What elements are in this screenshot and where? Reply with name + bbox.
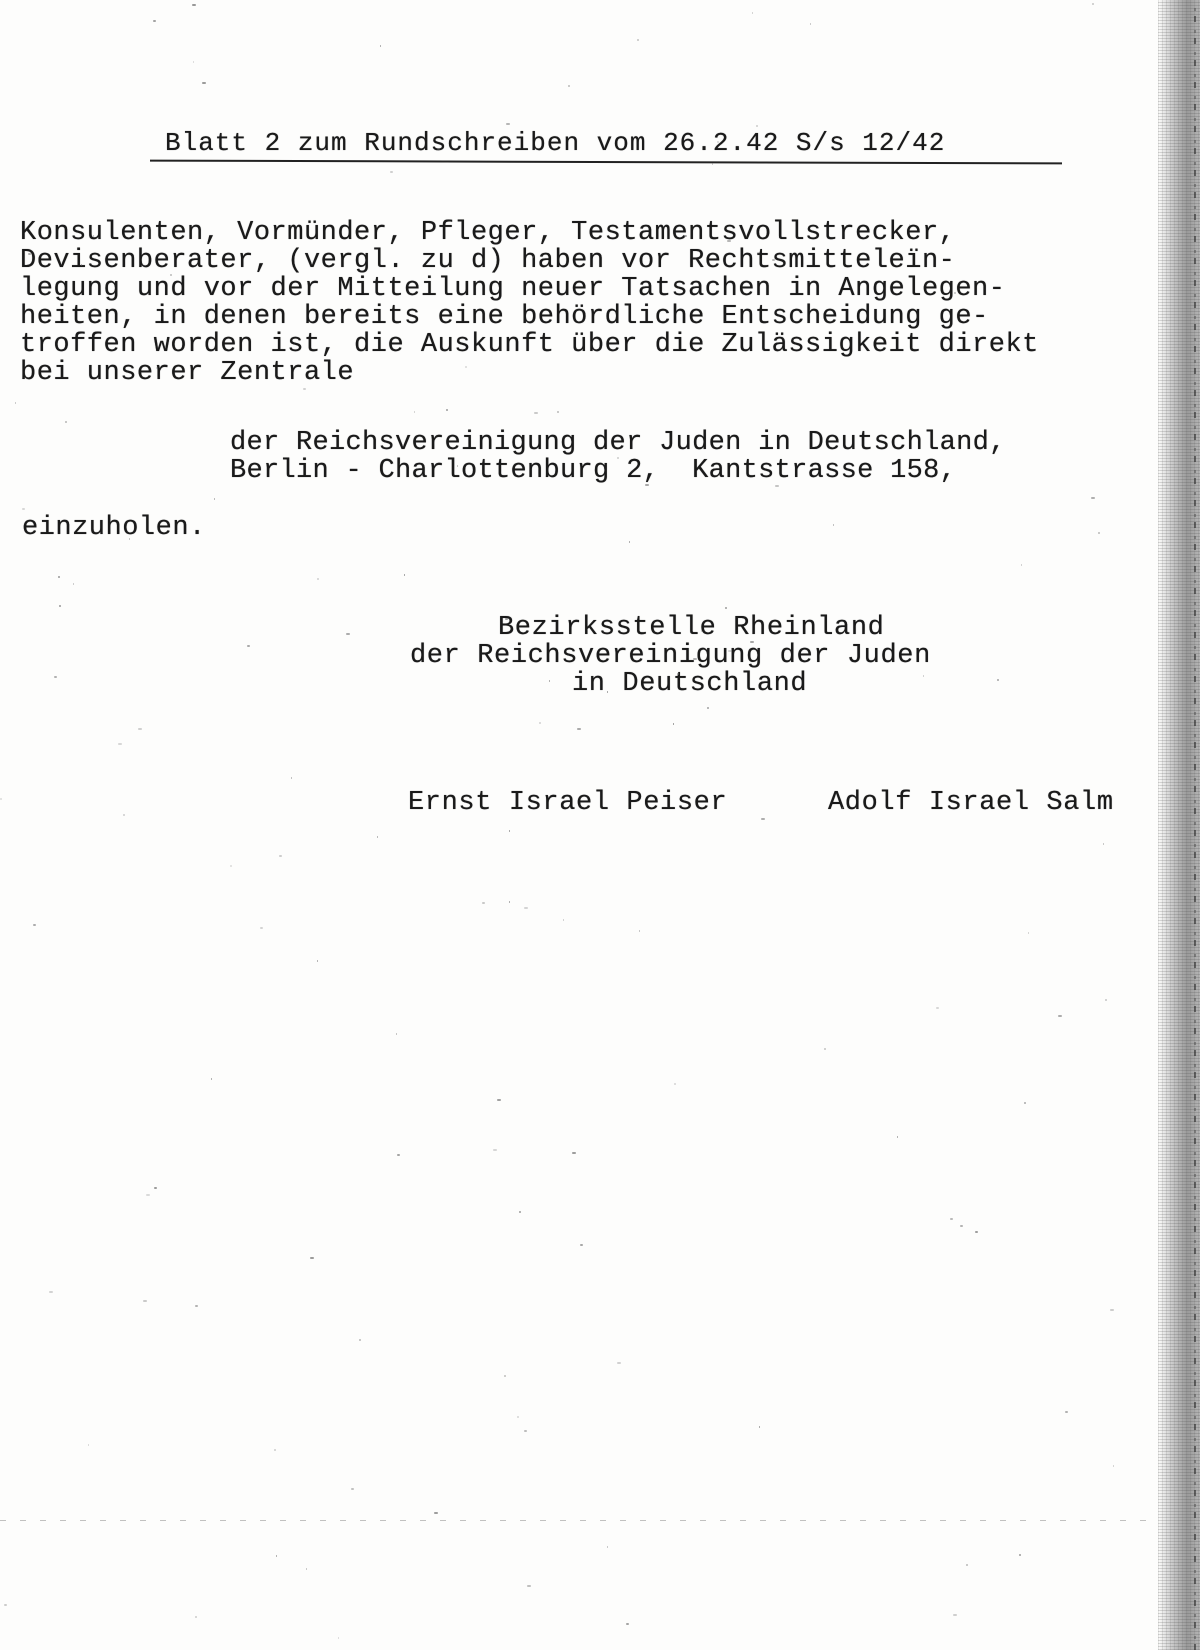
body-line: heiten, in denen bereits eine behördlich… <box>20 304 989 331</box>
body-line: legung und vor der Mitteilung neuer Tats… <box>20 276 1005 303</box>
speck <box>954 292 956 294</box>
speck <box>195 1616 197 1618</box>
speck <box>577 728 581 730</box>
speck <box>677 673 679 675</box>
speck <box>572 1152 576 1154</box>
speck <box>202 82 206 84</box>
speck <box>504 1375 506 1377</box>
speck <box>192 4 196 6</box>
signatory-name: Ernst Israel Peiser <box>408 790 727 817</box>
speck <box>580 1244 583 1246</box>
speck <box>465 366 467 368</box>
office-line: in Deutschland <box>572 671 807 698</box>
body-line: bei unserer Zentrale <box>20 360 354 387</box>
speck <box>493 1149 497 1151</box>
scan-fold-line <box>0 1520 1160 1521</box>
speck <box>727 240 731 242</box>
speck <box>22 508 25 510</box>
speck <box>306 1568 307 1570</box>
speck <box>1098 532 1100 534</box>
body-line: Devisenberater, (vergl. zu d) haben vor … <box>20 248 955 275</box>
speck <box>1065 1411 1068 1413</box>
speck <box>693 658 697 660</box>
speck <box>517 1416 519 1418</box>
speck <box>138 728 142 730</box>
speck <box>291 777 292 779</box>
speck <box>49 1291 53 1293</box>
office-line: der Reichsvereinigung der Juden <box>410 643 931 670</box>
speck <box>637 39 639 41</box>
speck <box>639 930 640 932</box>
speck <box>607 691 608 693</box>
speck <box>154 1187 157 1189</box>
speck <box>810 23 811 25</box>
speck <box>936 1007 939 1009</box>
speck <box>33 924 36 926</box>
speck <box>568 85 570 87</box>
speck <box>750 641 754 643</box>
body-line: Konsulenten, Vormünder, Pfleger, Testame… <box>20 220 955 247</box>
speck <box>118 743 122 745</box>
speck <box>397 1154 400 1156</box>
speck <box>728 650 732 652</box>
speck <box>673 723 674 725</box>
speck <box>824 1048 826 1050</box>
speck <box>1103 843 1104 845</box>
speck <box>279 855 282 857</box>
speck <box>509 830 510 832</box>
speck <box>953 1614 957 1616</box>
speck <box>772 259 775 261</box>
speck <box>707 707 709 709</box>
speck <box>170 274 172 276</box>
closing-word: einzuholen. <box>22 515 206 542</box>
speck <box>377 836 378 838</box>
speck <box>404 574 405 576</box>
speck <box>54 676 57 678</box>
speck <box>775 485 779 487</box>
speck <box>457 465 458 467</box>
speck <box>58 576 60 578</box>
speck <box>0 798 2 800</box>
speck <box>629 541 630 543</box>
speck <box>317 960 318 962</box>
speck <box>842 807 843 809</box>
speck <box>434 1512 438 1514</box>
speck <box>505 618 508 620</box>
speck <box>88 1444 89 1446</box>
speck <box>759 1426 760 1428</box>
speck <box>211 1078 212 1080</box>
speck <box>975 1231 978 1233</box>
speck <box>960 1225 963 1227</box>
speck <box>195 1305 198 1307</box>
speck <box>156 367 158 369</box>
speck <box>15 402 16 404</box>
speck <box>1028 932 1029 934</box>
speck <box>73 583 74 585</box>
speck <box>1110 1309 1114 1311</box>
speck <box>509 901 510 903</box>
speck <box>338 1637 339 1639</box>
speck <box>28 253 31 255</box>
speck <box>563 919 564 921</box>
speck <box>897 1136 898 1138</box>
speck <box>81 264 82 266</box>
speck <box>534 412 538 414</box>
speck <box>346 633 350 635</box>
speck <box>1019 1554 1021 1556</box>
address-line: Berlin - Charlottenburg 2, Kantstrasse 1… <box>230 458 956 485</box>
speck <box>414 411 415 413</box>
speck <box>833 524 834 526</box>
speck <box>524 907 528 909</box>
speck <box>549 680 550 682</box>
speck <box>93 235 94 237</box>
speck <box>1058 1015 1062 1017</box>
office-line: Bezirksstelle Rheinland <box>498 615 884 642</box>
address-line: der Reichsvereinigung der Juden in Deuts… <box>230 430 1006 457</box>
speck <box>274 1449 276 1451</box>
speck <box>380 45 381 47</box>
speck <box>1113 1465 1114 1467</box>
scanned-document-page: Blatt 2 zum Rundschreiben vom 26.2.42 S/… <box>0 0 1200 1650</box>
speck <box>1092 3 1094 5</box>
speck <box>129 538 130 540</box>
speck <box>617 457 619 459</box>
speck <box>626 1623 629 1625</box>
speck <box>214 498 215 500</box>
speck <box>59 605 61 607</box>
speck <box>997 679 999 681</box>
speck <box>909 224 910 226</box>
speck <box>532 256 534 258</box>
speck <box>123 814 125 816</box>
speck <box>712 163 713 165</box>
speck <box>497 1099 501 1101</box>
speck <box>701 630 702 632</box>
speck <box>230 865 232 867</box>
speck <box>923 675 924 677</box>
speck <box>674 1083 676 1085</box>
speck <box>4 1604 7 1606</box>
speck <box>756 125 758 127</box>
speck <box>506 123 510 125</box>
speck <box>1021 564 1022 566</box>
speck <box>143 1300 147 1302</box>
speck <box>482 902 485 904</box>
speck <box>1024 1102 1026 1104</box>
speck <box>446 409 448 411</box>
speck <box>396 1033 397 1035</box>
speck <box>65 421 67 423</box>
speck <box>153 20 156 22</box>
speck <box>351 1488 354 1490</box>
scanner-edge <box>1158 0 1200 1650</box>
speck <box>757 252 760 254</box>
speck <box>527 1585 531 1587</box>
speck <box>359 1339 361 1341</box>
speck <box>193 61 194 63</box>
speck <box>1091 497 1095 499</box>
speck <box>717 141 719 143</box>
body-line: troffen worden ist, die Auskunft über di… <box>20 332 1039 359</box>
speck <box>260 927 263 929</box>
speck <box>725 607 727 609</box>
signatory-name: Adolf Israel Salm <box>828 790 1114 817</box>
speck <box>950 1218 953 1220</box>
speck <box>617 1362 621 1364</box>
speck <box>276 1555 277 1557</box>
speck <box>539 722 541 724</box>
speck <box>390 171 393 173</box>
speck <box>645 484 649 486</box>
speck <box>524 1430 527 1432</box>
speck <box>310 1257 314 1259</box>
speck <box>761 818 765 820</box>
speck <box>247 645 250 647</box>
document-header: Blatt 2 zum Rundschreiben vom 26.2.42 S/… <box>165 130 945 156</box>
speck <box>1105 999 1107 1001</box>
speck <box>519 1211 521 1213</box>
speck <box>752 12 753 14</box>
speck <box>437 148 440 150</box>
header-underline <box>150 160 1062 165</box>
speck <box>317 578 319 580</box>
speck <box>684 235 687 237</box>
speck <box>607 1546 608 1548</box>
speck <box>966 1564 968 1566</box>
speck <box>303 388 306 390</box>
speck <box>557 411 559 413</box>
speck <box>146 1194 150 1196</box>
